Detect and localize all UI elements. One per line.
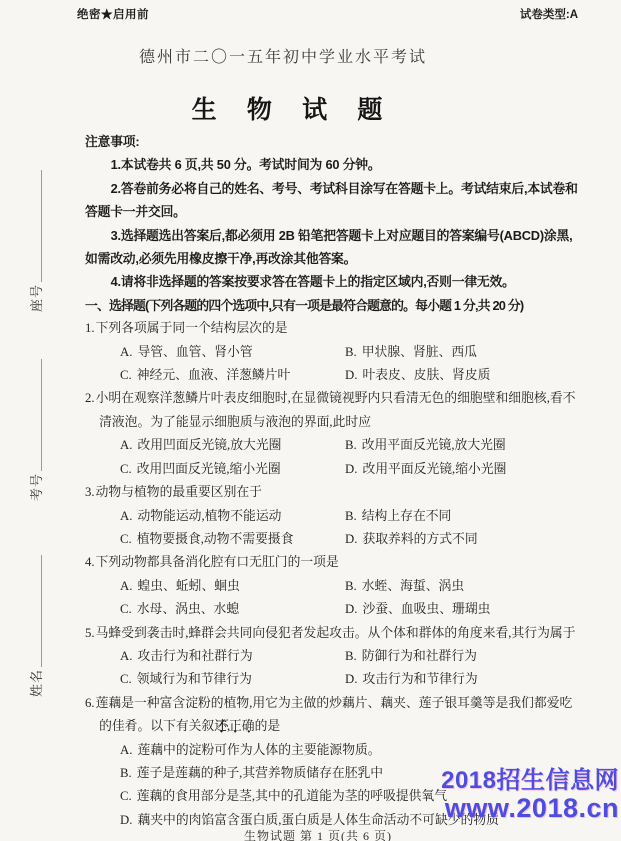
name-label: 姓名 — [29, 669, 45, 697]
section-heading: 一、选择题(下列各题的四个选项中,只有一项是最符合题意的。每小题 1 分,共 2… — [85, 294, 581, 317]
question-1-option-d: D.叶表皮、皮肤、肾皮质 — [345, 364, 581, 387]
notice-item-1: 1.本试卷共 6 页,共 50 分。考试时间为 60 分钟。 — [85, 153, 581, 176]
name-blank-line — [41, 555, 42, 667]
option-key: D. — [345, 462, 357, 476]
question-4-stem: 4.下列动物都具备消化腔有口无肛门的一项是 — [85, 551, 581, 574]
question-2-option-c: C.改用凹面反光镜,缩小光圈 — [120, 458, 345, 481]
question-2-option-a: A.改用凹面反光镜,放大光圈 — [120, 434, 345, 457]
option-text: 导管、血管、肾小管 — [137, 345, 252, 359]
seat-number-blank-line — [41, 170, 42, 282]
question-4-option-c: C.水母、涡虫、水螅 — [120, 598, 345, 621]
question-1: 1.下列各项属于同一个结构层次的是 A.导管、血管、肾小管 B.甲状腺、肾脏、西… — [85, 317, 581, 387]
notice-item-4: 4.请将非选择题的答案按要求答在答题卡上的指定区域内,否则一律无效。 — [85, 270, 581, 293]
option-key: B. — [345, 649, 357, 663]
question-5-option-a: A.攻击行为和社群行为 — [120, 645, 345, 668]
option-key: B. — [120, 766, 132, 780]
question-5-option-c: C.领域行为和节律行为 — [120, 668, 345, 691]
question-6-option-a: A.莲藕中的淀粉可作为人体的主要能源物质。 — [120, 739, 581, 762]
question-6-text-pre: 莲藕是一种富含淀粉的植物,用它为主做的炒藕片、藕夹、莲子银耳羹等是我们都爱吃的佳… — [96, 696, 573, 733]
option-key: C. — [120, 602, 132, 616]
option-key: D. — [345, 532, 357, 546]
option-key: A. — [120, 438, 132, 452]
question-4-number: 4. — [85, 555, 95, 569]
option-text: 水母、涡虫、水螅 — [137, 602, 239, 616]
question-3-text: 动物与植物的最重要区别在于 — [96, 485, 262, 499]
option-text: 改用平面反光镜,放大光圈 — [362, 438, 506, 452]
subject-title: 生 物 试 题 — [0, 90, 586, 126]
security-classification-label: 绝密★启用前 — [77, 6, 149, 22]
question-3-option-c: C.植物要摄食,动物不需要摄食 — [120, 528, 345, 551]
question-4-options: A.蝗虫、蚯蚓、蛔虫 B.水蛭、海蜇、涡虫 C.水母、涡虫、水螅 D.沙蚕、血吸… — [85, 575, 581, 622]
question-5-text: 马蜂受到袭击时,蜂群会共同向侵犯者发起攻击。从个体和群体的角度来看,其行为属于 — [96, 626, 576, 640]
watermark-site-name: 2018招生信息网 — [441, 768, 619, 794]
question-4-option-a: A.蝗虫、蚯蚓、蛔虫 — [120, 575, 345, 598]
question-2-number: 2. — [85, 391, 95, 405]
option-text: 改用平面反光镜,缩小光圈 — [362, 462, 506, 476]
option-text: 获取养料的方式不同 — [362, 532, 477, 546]
question-1-number: 1. — [85, 321, 95, 335]
option-text: 莲子是莲藕的种子,其营养物质储存在胚乳中 — [137, 766, 383, 780]
notice-item-3: 3.选择题选出答案后,都必须用 2B 铅笔把答题卡上对应题目的答案编号(ABCD… — [85, 224, 581, 271]
question-2-stem: 2.小明在观察洋葱鳞片叶表皮细胞时,在显微镜视野内只看清无色的细胞壁和细胞核,看… — [85, 387, 581, 434]
question-1-text: 下列各项属于同一个结构层次的是 — [96, 321, 288, 335]
question-5-option-d: D.攻击行为和节律行为 — [345, 668, 581, 691]
option-text: 攻击行为和社群行为 — [137, 649, 252, 663]
option-key: C. — [120, 368, 132, 382]
option-key: C. — [120, 789, 132, 803]
option-key: D. — [345, 368, 357, 382]
question-5: 5.马蜂受到袭击时,蜂群会共同向侵犯者发起攻击。从个体和群体的角度来看,其行为属… — [85, 622, 581, 692]
exam-number-field: 考号 — [27, 339, 45, 501]
question-4: 4.下列动物都具备消化腔有口无肛门的一项是 A.蝗虫、蚯蚓、蛔虫 B.水蛭、海蜇… — [85, 551, 581, 621]
option-text: 动物能运动,植物不能运动 — [137, 509, 281, 523]
question-2-option-d: D.改用平面反光镜,缩小光圈 — [345, 458, 581, 481]
option-key: A. — [120, 345, 132, 359]
option-key: D. — [345, 602, 357, 616]
option-text: 沙蚕、血吸虫、珊瑚虫 — [362, 602, 490, 616]
option-key: A. — [120, 509, 132, 523]
option-text: 防御行为和社群行为 — [362, 649, 477, 663]
name-field: 姓名 — [27, 535, 45, 697]
option-key: B. — [345, 579, 357, 593]
question-3-option-a: A.动物能运动,植物不能运动 — [120, 505, 345, 528]
notice-item-2: 2.答卷前务必将自己的姓名、考号、考试科目涂写在答题卡上。考试结束后,本试卷和答… — [85, 177, 581, 224]
question-3-stem: 3.动物与植物的最重要区别在于 — [85, 481, 581, 504]
option-key: D. — [120, 813, 132, 827]
question-6-emphasized-text: 不正确 — [230, 715, 254, 738]
question-2-option-b: B.改用平面反光镜,放大光圈 — [345, 434, 581, 457]
question-5-stem: 5.马蜂受到袭击时,蜂群会共同向侵犯者发起攻击。从个体和群体的角度来看,其行为属… — [85, 622, 581, 645]
question-1-option-a: A.导管、血管、肾小管 — [120, 341, 345, 364]
option-key: B. — [345, 509, 357, 523]
option-text: 叶表皮、皮肤、肾皮质 — [362, 368, 490, 382]
option-text: 植物要摄食,动物不需要摄食 — [137, 532, 294, 546]
question-3-option-d: D.获取养料的方式不同 — [345, 528, 581, 551]
notice-heading: 注意事项: — [85, 130, 581, 153]
question-4-text: 下列动物都具备消化腔有口无肛门的一项是 — [96, 555, 339, 569]
paper-body: 注意事项: 1.本试卷共 6 页,共 50 分。考试时间为 60 分钟。 2.答… — [85, 130, 581, 832]
option-key: C. — [120, 672, 132, 686]
question-3-option-b: B.结构上存在不同 — [345, 505, 581, 528]
watermark-site-url: www.2018.cn — [441, 794, 619, 823]
exam-paper-page: 绝密★启用前 试卷类型:A 德州市二〇一五年初中学业水平考试 生 物 试 题 座… — [0, 0, 621, 841]
question-1-stem: 1.下列各项属于同一个结构层次的是 — [85, 317, 581, 340]
option-text: 蝗虫、蚯蚓、蛔虫 — [137, 579, 239, 593]
question-2-options: A.改用凹面反光镜,放大光圈 B.改用平面反光镜,放大光圈 C.改用凹面反光镜,… — [85, 434, 581, 481]
option-key: B. — [345, 438, 357, 452]
exam-number-label: 考号 — [29, 473, 45, 501]
question-5-options: A.攻击行为和社群行为 B.防御行为和社群行为 C.领域行为和节律行为 D.攻击… — [85, 645, 581, 692]
option-text: 莲藕的食用部分是茎,其中的孔道能为茎的呼吸提供氧气 — [137, 789, 447, 803]
option-text: 甲状腺、肾脏、西瓜 — [362, 345, 477, 359]
exam-number-blank-line — [41, 359, 42, 471]
option-text: 领域行为和节律行为 — [137, 672, 252, 686]
question-4-option-b: B.水蛭、海蜇、涡虫 — [345, 575, 581, 598]
option-text: 莲藕中的淀粉可作为人体的主要能源物质。 — [137, 743, 380, 757]
option-text: 水蛭、海蜇、涡虫 — [362, 579, 464, 593]
option-key: D. — [345, 672, 357, 686]
option-text: 结构上存在不同 — [362, 509, 452, 523]
question-3: 3.动物与植物的最重要区别在于 A.动物能运动,植物不能运动 B.结构上存在不同… — [85, 481, 581, 551]
question-1-option-b: B.甲状腺、肾脏、西瓜 — [345, 341, 581, 364]
option-key: A. — [120, 649, 132, 663]
paper-type-label: 试卷类型:A — [520, 6, 578, 22]
option-text: 改用凹面反光镜,放大光圈 — [137, 438, 281, 452]
question-5-number: 5. — [85, 626, 95, 640]
seat-number-field: 座号 — [27, 150, 45, 312]
option-text: 改用凹面反光镜,缩小光圈 — [137, 462, 281, 476]
question-1-options: A.导管、血管、肾小管 B.甲状腺、肾脏、西瓜 C.神经元、血液、洋葱鳞片叶 D… — [85, 341, 581, 388]
exam-title: 德州市二〇一五年初中学业水平考试 — [0, 44, 566, 67]
question-3-number: 3. — [85, 485, 95, 499]
question-3-options: A.动物能运动,植物不能运动 B.结构上存在不同 C.植物要摄食,动物不需要摄食… — [85, 505, 581, 552]
question-2-text: 小明在观察洋葱鳞片叶表皮细胞时,在显微镜视野内只看清无色的细胞壁和细胞核,看不清… — [96, 391, 576, 428]
option-key: A. — [120, 743, 132, 757]
question-2: 2.小明在观察洋葱鳞片叶表皮细胞时,在显微镜视野内只看清无色的细胞壁和细胞核,看… — [85, 387, 581, 481]
question-1-option-c: C.神经元、血液、洋葱鳞片叶 — [120, 364, 345, 387]
question-5-option-b: B.防御行为和社群行为 — [345, 645, 581, 668]
option-text: 攻击行为和节律行为 — [362, 672, 477, 686]
option-key: C. — [120, 532, 132, 546]
question-6-stem: 6.莲藕是一种富含淀粉的植物,用它为主做的炒藕片、藕夹、莲子银耳羹等是我们都爱吃… — [85, 692, 581, 739]
option-key: A. — [120, 579, 132, 593]
option-key: B. — [345, 345, 357, 359]
option-key: C. — [120, 462, 132, 476]
option-text: 神经元、血液、洋葱鳞片叶 — [137, 368, 291, 382]
page-footer: 生物试题 第 1 页(共 6 页) — [0, 827, 621, 841]
site-watermark: 2018招生信息网 www.2018.cn — [441, 768, 619, 823]
question-4-option-d: D.沙蚕、血吸虫、珊瑚虫 — [345, 598, 581, 621]
question-6-number: 6. — [85, 696, 95, 710]
seat-number-label: 座号 — [29, 284, 45, 312]
